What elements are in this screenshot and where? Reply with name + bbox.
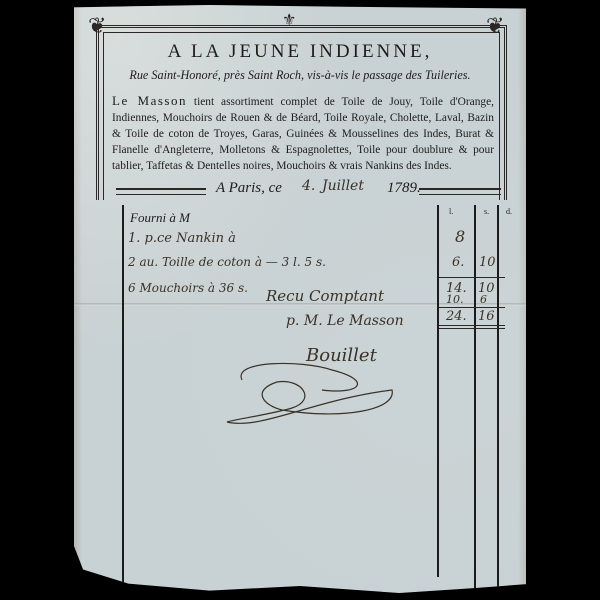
- total-livres: 24.: [446, 309, 467, 324]
- invoice-paper: ❦ ❦ ⚜ A LA JEUNE INDIENNE, Rue Saint-Hon…: [74, 5, 526, 593]
- shop-address: Rue Saint-Honoré, près Saint Roch, vis-à…: [74, 68, 526, 83]
- date-month: Juillet: [322, 178, 364, 194]
- column-header-deniers: d.: [506, 207, 512, 216]
- sous-column-line: [474, 205, 476, 593]
- total-rule: [439, 307, 505, 308]
- signature-paraph-icon: [222, 350, 402, 430]
- flourish-corner-icon: ❦: [88, 15, 106, 37]
- column-header-sous: s.: [484, 207, 489, 216]
- livres-column-line: [437, 205, 439, 577]
- flourish-corner-icon: ❦: [486, 15, 504, 37]
- column-header-livres: l.: [449, 207, 453, 216]
- date-line: A Paris, ce 4. Juillet 1789.: [74, 180, 526, 204]
- total-double-rule: [439, 328, 505, 329]
- line-item-description: 1. p.ce Nankin à: [128, 231, 236, 246]
- deniers-column-line: [497, 205, 499, 588]
- total-sous: 16: [478, 309, 495, 324]
- cartouche-ornament-icon: ⚜: [282, 13, 296, 29]
- flourish-right-icon: [419, 188, 501, 195]
- receipt-acknowledgement: Recu Comptant: [266, 287, 384, 305]
- line-item-description: 2 au. Toille de coton à — 3 l. 5 s.: [128, 255, 326, 269]
- flourish-left-icon: [116, 188, 206, 195]
- date-day: 4.: [302, 178, 315, 194]
- date-prefix: A Paris, ce: [216, 180, 282, 197]
- subtotal-sous: 6: [480, 293, 487, 306]
- total-double-rule: [439, 325, 505, 326]
- date-year: 1789.: [387, 180, 421, 197]
- line-item-livres: 8: [455, 227, 465, 246]
- line-item-livres: 6.: [452, 255, 464, 270]
- subtotal-livres: 10.: [446, 293, 464, 306]
- subtotal-rule: [439, 277, 505, 278]
- margin-line: [122, 205, 124, 593]
- supplied-to-label: Fourni à M: [130, 210, 190, 226]
- shop-name-title: A LA JEUNE INDIENNE,: [74, 41, 526, 63]
- line-item-description: 6 Mouchoirs à 36 s.: [128, 281, 248, 295]
- line-item-sous: 10: [479, 255, 496, 270]
- signed-for: p. M. Le Masson: [286, 313, 404, 329]
- merchandise-description: Le Masson tient assortiment complet de T…: [112, 93, 494, 174]
- merchant-name: Le Masson: [112, 93, 187, 108]
